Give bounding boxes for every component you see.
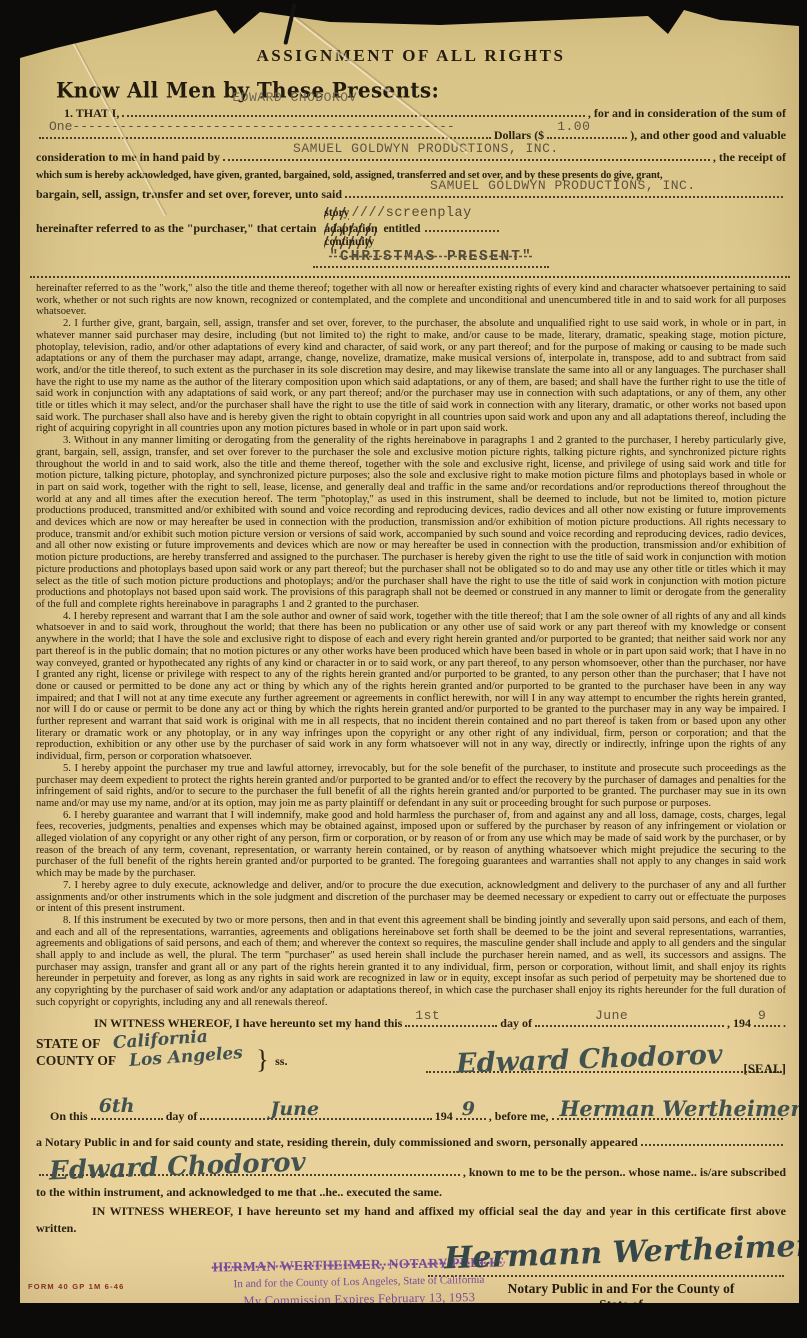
execution-month-typed: June	[595, 1006, 628, 1026]
execution-day-typed: 1st	[415, 1006, 440, 1026]
amount-blank: One-------------------------------------…	[39, 124, 491, 139]
notary-stamp-row: HERMAN WERTHEIMER, NOTARY PUBLIC In and …	[36, 1241, 786, 1325]
form-number: FORM 40 GP 1M 6-46	[28, 1282, 125, 1291]
scanned-legal-document: (2) ASSIGNMENT OF ALL RIGHTS Know All Me…	[20, 0, 799, 1303]
execution-day-blank: 1st	[405, 1012, 497, 1027]
unto-blank: SAMUEL GOLDWYN PRODUCTIONS, INC.	[345, 183, 783, 198]
word-adaptation-struck: adaptation	[324, 223, 377, 236]
document-body: hereinafter referred to as the "work," a…	[36, 283, 786, 1009]
assignor-signature: Edward Chodorov	[456, 1039, 724, 1079]
clause1-after-name: , for and in consideration of the sum of	[588, 102, 786, 124]
appeared-line: a Notary Public in and for said county a…	[36, 1132, 638, 1152]
work-title-typed: "CHRISTMAS PRESENT"	[313, 249, 548, 268]
notary-day-blank: 6th	[91, 1105, 163, 1120]
notary-month-blank: June	[200, 1105, 431, 1120]
notary-day-of: day of	[166, 1105, 198, 1127]
execution-year-blank: 9	[754, 1012, 780, 1027]
notary-year-handwritten: 9	[462, 1098, 475, 1120]
state-label: STATE OF	[36, 1036, 100, 1051]
notary-month-handwritten: June	[270, 1098, 319, 1120]
seal-label: [SEAL]	[743, 1061, 786, 1077]
known-line: , known to me to be the person.. whose n…	[463, 1163, 786, 1181]
paragraph-8: 8. If this instrument be executed by two…	[36, 915, 786, 1009]
dollars-blank: 1.00	[547, 124, 627, 139]
paragraph-work-definition: hereinafter referred to as the "work," a…	[36, 283, 786, 318]
instrument-line: to the within instrument, and acknowledg…	[36, 1184, 786, 1201]
notary-year-prefix: 194	[435, 1105, 453, 1127]
notary-witness-clause: IN WITNESS WHEREOF, I have hereunto set …	[36, 1203, 786, 1237]
assignor-name-blank: EDWARD CHODOROV	[122, 102, 585, 117]
appeared-row: a Notary Public in and for said county a…	[36, 1131, 786, 1152]
unto-typed: SAMUEL GOLDWYN PRODUCTIONS, INC.	[430, 175, 696, 197]
notarization-date-row: On this 6th day of June 194 9 , before m…	[36, 1105, 786, 1127]
payer-typed: SAMUEL GOLDWYN PRODUCTIONS, INC.	[293, 138, 559, 160]
ss-brace: }	[256, 1045, 268, 1074]
county-label: COUNTY OF	[36, 1053, 116, 1068]
paragraph-2: 2. I further give, grant, bargain, sell,…	[36, 318, 786, 435]
appeared-name-row: Edward Chodorov , known to me to be the …	[36, 1162, 786, 1181]
clause1-line-kind: hereinafter referred to as the "purchase…	[36, 207, 786, 249]
on-this-label: On this	[50, 1105, 88, 1127]
paragraph-6: 6. I hereby guarantee and warrant that I…	[36, 810, 786, 880]
notary-name-blank: Herman Wertheimer	[552, 1105, 783, 1120]
paragraph-4: 4. I hereby represent and warrant that I…	[36, 611, 786, 763]
before-me-label: , before me,	[489, 1105, 549, 1127]
witness-clause-row: IN WITNESS WHEREOF, I have hereunto set …	[36, 1012, 786, 1033]
execution-year-typed: 9	[758, 1006, 766, 1026]
signature-section: IN WITNESS WHEREOF, I have hereunto set …	[36, 1012, 786, 1325]
pencil-page-number: (2)	[54, 26, 79, 48]
purchaser-lead: hereinafter referred to as the "purchase…	[36, 217, 316, 239]
assignor-signature-line: Edward Chodorov [SEAL]	[426, 1037, 782, 1073]
clause-1: 1. THAT I, EDWARD CHODOROV , for and in …	[36, 102, 786, 268]
opening-declaration: Know All Men by These Presents:	[56, 77, 786, 102]
receipt-tail: , the receipt of	[713, 146, 786, 168]
clause1-line-payer: consideration to me in hand paid by SAMU…	[36, 146, 786, 168]
paid-by-label: consideration to me in hand paid by	[36, 146, 220, 168]
execution-month-blank: June	[535, 1012, 724, 1027]
paragraph-5: 5. I hereby appoint the purchaser my tru…	[36, 763, 786, 810]
witness-day-of: day of	[500, 1013, 532, 1033]
work-kind-stack: story ////screenplay adaptation entitled…	[324, 207, 498, 249]
appeared-name-blank: Edward Chodorov	[39, 1162, 460, 1176]
clause1-after-dollars: ), and other good and valuable	[630, 124, 786, 146]
ss-label: ss.	[275, 1054, 287, 1068]
clause1-line-unto: bargain, sell, assign, transfer and set …	[36, 183, 786, 205]
assignor-name-typed: EDWARD CHODOROV	[232, 87, 357, 109]
document-title: ASSIGNMENT OF ALL RIGHTS	[36, 46, 786, 66]
screenplay-typed: ////screenplay	[351, 207, 471, 220]
entitled-label: entitled	[383, 223, 420, 236]
work-title-line: "CHRISTMAS PRESENT"	[76, 249, 786, 268]
notary-day-handwritten: 6th	[99, 1095, 135, 1117]
amount-typed: One-------------------------------------…	[49, 116, 455, 138]
notary-year-blank: 9	[456, 1105, 486, 1120]
word-story-struck: story	[324, 207, 349, 220]
word-continuity-struck: continuity	[324, 236, 374, 249]
unto-lead: bargain, sell, assign, transfer and set …	[36, 183, 342, 205]
notary-title-line1: Notary Public in and For the County of	[456, 1281, 786, 1297]
section-divider	[30, 276, 790, 278]
witness-year-prefix: , 194	[727, 1013, 751, 1033]
notary-title-block: Notary Public in and For the County of S…	[456, 1281, 786, 1313]
entitled-blank	[425, 220, 499, 232]
witness-lead: IN WITNESS WHEREOF, I have hereunto set …	[94, 1013, 402, 1033]
notary-witness-text: IN WITNESS WHEREOF, I have hereunto set …	[36, 1204, 786, 1235]
notary-title-line2: State of	[456, 1297, 786, 1313]
paragraph-7: 7. I hereby agree to duly execute, ackno…	[36, 880, 786, 915]
appeared-name-handwritten: Edward Chodorov	[49, 1153, 306, 1180]
dollars-typed: 1.00	[557, 116, 590, 138]
notary-name-handwritten: Herman Wertheimer	[560, 1098, 802, 1120]
paragraph-3: 3. Without in any manner limiting or der…	[36, 435, 786, 611]
venue-and-signature-row: STATE OF California COUNTY OF Los Angele…	[36, 1035, 786, 1091]
appeared-blank	[641, 1131, 783, 1146]
witness-period: .	[783, 1013, 786, 1033]
payer-blank: SAMUEL GOLDWYN PRODUCTIONS, INC.	[223, 146, 710, 161]
